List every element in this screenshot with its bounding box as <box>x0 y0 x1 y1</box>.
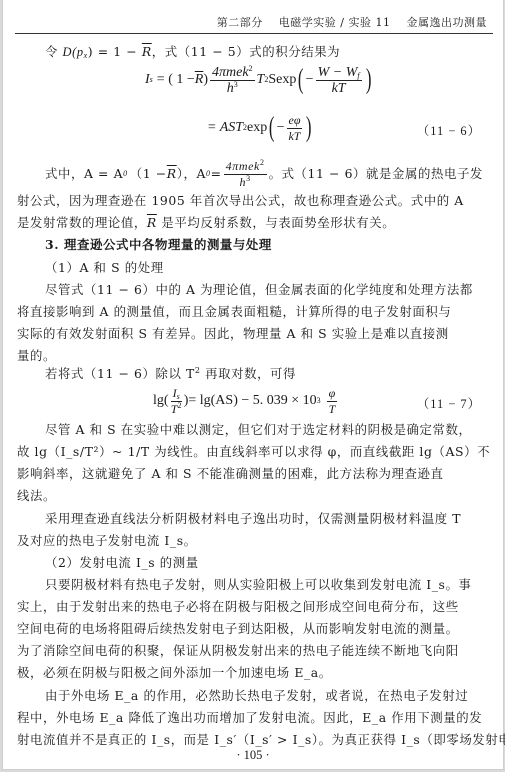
equation-11-6-line1: Is = ( 1 − R ) 4πmek2 h3 T2 Sexp (− W − … <box>145 62 373 98</box>
paragraph-line: 采用理查逊直线法分析阴极材料电子逸出功时，仅需测量阴极材料温度 T <box>45 511 489 527</box>
fraction: eφ kT <box>287 113 303 144</box>
r-bar: R <box>195 72 204 88</box>
header-section: 电磁学实验 / 实验 11 <box>279 16 391 29</box>
numerator: eφ <box>289 113 301 127</box>
text: 。式（11 − 6）就是金属的热电子发 <box>269 166 483 182</box>
equation-11-6-line2: = AST2 exp (− eφ kT ) <box>207 110 314 146</box>
denominator: kT <box>288 129 300 143</box>
fraction: φ T <box>327 386 338 417</box>
r-bar: R <box>147 215 157 230</box>
r-bar: R <box>167 166 177 182</box>
text: ），A <box>177 166 206 182</box>
superscript: 2 <box>177 401 181 410</box>
header-rule <box>15 33 493 34</box>
subscript: f <box>357 71 359 80</box>
paragraph-line: 只要阴极材料有热电子发射，则从实验阳极上可以收集到发射电流 I_s。事 <box>45 577 489 593</box>
fraction: 4πmek2 h3 <box>210 65 255 96</box>
superscript: 2 <box>249 64 253 73</box>
numerator: 4πmek <box>226 159 260 173</box>
math-text: − <box>277 120 285 136</box>
paragraph-line: 空间电荷的电场将阻碍后续热发射电子到达阳极，从而影响发射电流的测量。 <box>17 621 489 637</box>
paragraph-line: 射公式，因为理查逊在 1905 年首次导出公式，故也称理查逊公式。式中的 A <box>17 193 489 209</box>
paragraph-line: 量的。 <box>17 348 489 364</box>
subscript: s <box>177 392 180 401</box>
superscript: 3 <box>246 174 251 183</box>
math-text: − <box>306 72 314 88</box>
page-number: · 105 · <box>3 748 503 763</box>
math-text: ) = 1 − <box>88 44 142 59</box>
section-heading: 3. 理查逊公式中各物理量的测量与处理 <box>45 237 489 253</box>
paragraph-line: 极，必须在阴极与阳极之间外添加一个加速电场 E_a。 <box>17 665 489 681</box>
paragraph-line: 故 lg（I_s/T²）~ 1/T 为线性。由直线斜率可以求得 φ，而直线截距 … <box>17 444 489 460</box>
math-symbol: I <box>145 72 150 88</box>
paragraph-line: 线法。 <box>17 488 489 504</box>
right-paren: ) <box>306 114 312 142</box>
paragraph-line: 是发射常数的理论值，R 是平均反射系数，与表面势垒形状有关。 <box>17 215 489 231</box>
text: 若将式（11 − 6）除以 T <box>45 366 195 381</box>
denominator: T <box>329 402 336 416</box>
paragraph-line: 为了消除空间电荷的积聚，保证从阴极发射出来的热电子能连续不断地飞向阳 <box>17 643 489 659</box>
paragraph-line: 影响斜率，这就避免了 A 和 S 不能准确测量的困难，此方法称为理查逊直 <box>17 466 489 482</box>
r-bar: R <box>142 44 152 59</box>
paragraph-line: 式中，A = A0（1 − R），A0 = 4πmek2 h3 。式（11 − … <box>45 160 489 188</box>
paragraph-line: 及对应的热电子发射电流 I_s。 <box>17 533 489 549</box>
running-header: 第二部分 电磁学实验 / 实验 11 金属逸出功测量 <box>205 14 487 30</box>
subsection-heading: （2）发射电流 I_s 的测量 <box>45 555 489 571</box>
math-text: = ( 1 − <box>157 72 195 88</box>
text: 式中，A = A <box>45 166 123 182</box>
right-paren: ) <box>365 66 371 94</box>
math-text: Sexp <box>268 72 296 88</box>
text: 令 <box>45 44 58 59</box>
numerator: 4πmek <box>212 65 249 80</box>
fraction: W − Wf kT <box>316 65 362 96</box>
intro-line: 令 D(px) = 1 − R，式（11 − 5）式的积分结果为 <box>45 44 489 60</box>
paragraph-line: 将直接影响到 A 的测量值，而且金属表面粗糙，计算所得的电子发射面积与 <box>17 304 489 320</box>
denominator: h <box>227 81 234 96</box>
equation-number-11-6: （11 − 6） <box>417 121 481 139</box>
paragraph-line: 尽管式（11 − 6）中的 A 为理论值，但金属表面的化学纯度和处理方法都 <box>45 282 489 298</box>
numerator: φ <box>329 386 336 400</box>
fraction: 4πmek2 h3 <box>224 159 267 190</box>
superscript: 2 <box>260 158 265 167</box>
text: 是平均反射系数，与表面势垒形状有关。 <box>157 215 395 230</box>
math-text: = AST <box>207 120 243 136</box>
superscript: 3 <box>234 80 238 89</box>
paragraph-line: 实上，由于发射出来的热电子必将在阴极与阳极之间形成空间电荷分布，这些 <box>17 599 489 615</box>
text: ，式（11 − 5）式的积分结果为 <box>152 44 340 59</box>
math-text: = lg(AS) − 5. 039 × 10 <box>188 393 316 409</box>
numerator: W − W <box>318 65 358 80</box>
text: = <box>211 166 222 182</box>
paragraph-line: 由于外电场 E_a 的作用，必然助长热电子发射，或者说，在热电子发射过 <box>45 688 489 704</box>
math-symbol: T <box>257 72 265 88</box>
paragraph-line: 射电流值并不是真正的 I_s，而是 I_s′（I_s′ > I_s）。为真正获得… <box>17 732 489 748</box>
subsection-heading: （1）A 和 S 的处理 <box>45 260 489 276</box>
text: 是发射常数的理论值， <box>17 215 147 230</box>
paragraph-line: 若将式（11 − 6）除以 T2 再取对数，可得 <box>45 366 489 382</box>
header-title: 金属逸出功测量 <box>407 16 488 29</box>
text: 再取对数，可得 <box>201 366 296 381</box>
header-part: 第二部分 <box>217 16 263 29</box>
document-page: 第二部分 电磁学实验 / 实验 11 金属逸出功测量 令 D(px) = 1 −… <box>2 0 504 770</box>
math-text: ) <box>203 72 208 88</box>
equation-number-11-7: （11 − 7） <box>417 394 481 412</box>
paragraph-line: 实际的有效发射面积 S 有差异。因此，物理量 A 和 S 实验上是难以直接测 <box>17 326 489 342</box>
paragraph-line: 尽管 A 和 S 在实验中难以测定，但它们对于选定材料的阴极是确定常数， <box>45 422 489 438</box>
fraction: Is T2 <box>171 386 182 417</box>
equation-11-7: lg( Is T2 ) = lg(AS) − 5. 039 × 103 φ T <box>153 384 339 418</box>
denominator: kT <box>332 81 346 96</box>
text: （1 − <box>130 166 167 182</box>
math-text: D(p <box>63 45 84 59</box>
math-text: lg( <box>153 393 169 409</box>
math-text: exp <box>247 120 267 136</box>
paragraph-line: 程中，外电场 E_a 降低了逸出功而增加了发射电流。因此，E_a 作用下测量的发 <box>17 710 489 726</box>
left-paren: ( <box>269 114 275 142</box>
left-paren: ( <box>298 66 304 94</box>
